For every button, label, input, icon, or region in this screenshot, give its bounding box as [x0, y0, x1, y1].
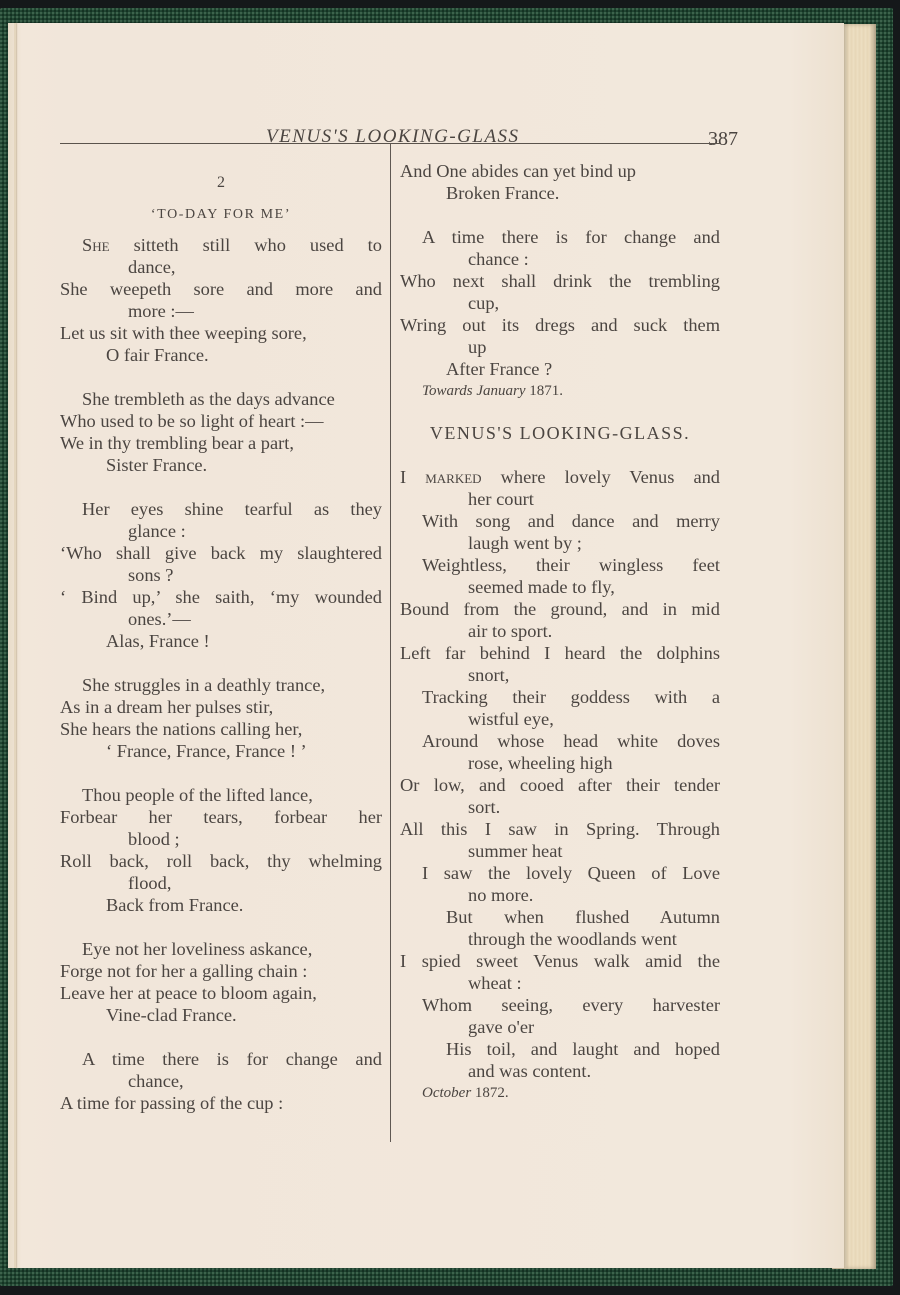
stanza-break: [60, 366, 382, 388]
verse-line: Around whose head white doves: [400, 730, 720, 752]
verse-line: Alas, France !: [60, 630, 382, 652]
verse-line: chance,: [60, 1070, 382, 1092]
poem-date-1872: October 1872.: [400, 1082, 720, 1106]
book-page: VENUS'S LOOKING-GLASS 387 2 ‘TO-DAY FOR …: [8, 23, 844, 1268]
stanza-break: [60, 916, 382, 938]
verse-line: ones.’—: [60, 608, 382, 630]
verse-text: Wring out its dregs and suck them: [400, 315, 720, 335]
verse-text: Leave her at peace to bloom again,: [60, 983, 317, 1003]
verse-text: Tracking their goddess with a: [422, 687, 720, 707]
verse-text: Broken France.: [446, 183, 559, 203]
verse-line: A time there is for change and: [60, 1048, 382, 1070]
verse-line: ‘ France, France, France ! ’: [60, 740, 382, 762]
verse-text: I saw the lovely Queen of Love: [422, 863, 720, 883]
date-year: 1871.: [526, 383, 564, 399]
verse-line: sort.: [400, 796, 720, 818]
gutter-fold: [14, 23, 16, 1268]
verse-text: Around whose head white doves: [422, 731, 720, 751]
verse-line: A time there is for change and: [400, 226, 720, 248]
verse-text: Forge not for her a galling chain :: [60, 961, 307, 981]
verse-text: ‘ France, France, France ! ’: [106, 741, 307, 761]
verse-line: Forbear her tears, forbear her: [60, 806, 382, 828]
verse-line: laugh went by ;: [400, 532, 720, 554]
verse-text: She struggles in a deathly trance,: [82, 675, 325, 695]
page-number: 387: [708, 128, 738, 151]
verse-text: blood ;: [128, 829, 180, 849]
verse-line: cup,: [400, 292, 720, 314]
date-year: 1872.: [471, 1085, 509, 1101]
verse-line: I spied sweet Venus walk amid the: [400, 950, 720, 972]
verse-line: O fair France.: [60, 344, 382, 366]
verse-text: O fair France.: [106, 345, 209, 365]
poem-title-to-day-for-me: ‘TO-DAY FOR ME’: [60, 204, 382, 226]
verse-line: I marked where lovely Venus and: [400, 466, 720, 488]
verse-line: With song and dance and merry: [400, 510, 720, 532]
verse-text: I spied sweet Venus walk amid the: [400, 951, 720, 971]
verse-line: Leave her at peace to bloom again,: [60, 982, 382, 1004]
verse-text: and was content.: [468, 1061, 591, 1081]
verse-line: Tracking their goddess with a: [400, 686, 720, 708]
verse-text: But when flushed Autumn: [446, 907, 720, 927]
stanza: And One abides can yet bind upBroken Fra…: [400, 160, 720, 204]
verse-text: A time there is for change and: [422, 227, 720, 247]
verse-text: through the woodlands went: [468, 929, 677, 949]
verse-text: With song and dance and merry: [422, 511, 720, 531]
verse-line: She struggles in a deathly trance,: [60, 674, 382, 696]
verse-text: sons ?: [128, 565, 173, 585]
left-column: 2 ‘TO-DAY FOR ME’ She sitteth still who …: [60, 172, 382, 1114]
poem-venus-looking-glass: I marked where lovely Venus andher court…: [400, 466, 720, 1082]
verse-text: wistful eye,: [468, 709, 554, 729]
verse-line: flood,: [60, 872, 382, 894]
poem-continuation: And One abides can yet bind upBroken Fra…: [400, 160, 720, 380]
verse-text: laugh went by ;: [468, 533, 582, 553]
verse-text: sort.: [468, 797, 500, 817]
verse-text: As in a dream her pulses stir,: [60, 697, 273, 717]
stanza-break: [60, 652, 382, 674]
verse-line: Roll back, roll back, thy whelming: [60, 850, 382, 872]
verse-text: rose, wheeling high: [468, 753, 613, 773]
verse-text: Back from France.: [106, 895, 243, 915]
stanza: A time there is for change andchance,A t…: [60, 1048, 382, 1114]
verse-line: All this I saw in Spring. Through: [400, 818, 720, 840]
stanza: She trembleth as the days advanceWho use…: [60, 388, 382, 476]
verse-line: no more.: [400, 884, 720, 906]
verse-text: Alas, France !: [106, 631, 210, 651]
verse-text: She hears the nations calling her,: [60, 719, 302, 739]
section-number: 2: [60, 172, 382, 194]
verse-line: through the woodlands went: [400, 928, 720, 950]
verse-text: dance,: [128, 257, 175, 277]
verse-line: And One abides can yet bind up: [400, 160, 720, 182]
poem-stanzas: She sitteth still who used todance,She w…: [60, 234, 382, 1114]
verse-text: Let us sit with thee weeping sore,: [60, 323, 307, 343]
verse-text: sitteth still who used to: [110, 235, 382, 255]
verse-line: up: [400, 336, 720, 358]
verse-line: She trembleth as the days advance: [60, 388, 382, 410]
verse-line: Whom seeing, every harvester: [400, 994, 720, 1016]
verse-line: But when flushed Autumn: [400, 906, 720, 928]
verse-text: All this I saw in Spring. Through: [400, 819, 720, 839]
drop-lead-word: She: [82, 235, 110, 255]
verse-line: Eye not her loveliness askance,: [60, 938, 382, 960]
stanza-break: [60, 1026, 382, 1048]
verse-line: Thou people of the lifted lance,: [60, 784, 382, 806]
verse-text: no more.: [468, 885, 533, 905]
verse-line: Wring out its dregs and suck them: [400, 314, 720, 336]
stanza-break: [60, 762, 382, 784]
verse-line: and was content.: [400, 1060, 720, 1082]
verse-line: We in thy trembling bear a part,: [60, 432, 382, 454]
verse-text: chance,: [128, 1071, 184, 1091]
verse-line: She sitteth still who used to: [60, 234, 382, 256]
verse-line: She weepeth sore and more and: [60, 278, 382, 300]
verse-text: Forbear her tears, forbear her: [60, 807, 382, 827]
verse-line: air to sport.: [400, 620, 720, 642]
verse-text: Who next shall drink the trembling: [400, 271, 720, 291]
verse-text: ones.’—: [128, 609, 191, 629]
verse-text: His toil, and laught and hoped: [446, 1039, 720, 1059]
verse-text: her court: [468, 489, 534, 509]
verse-line: rose, wheeling high: [400, 752, 720, 774]
verse-text: seemed made to fly,: [468, 577, 615, 597]
verse-text: wheat :: [468, 973, 522, 993]
verse-text: Roll back, roll back, thy whelming: [60, 851, 382, 871]
verse-line: She hears the nations calling her,: [60, 718, 382, 740]
verse-line: After France ?: [400, 358, 720, 380]
verse-line: Sister France.: [60, 454, 382, 476]
stanza: She sitteth still who used todance,She w…: [60, 234, 382, 366]
verse-line: Left far behind I heard the dolphins: [400, 642, 720, 664]
column-divider: [390, 144, 391, 1142]
poem-date-1871: Towards January 1871.: [400, 380, 720, 404]
verse-text: where lovely Venus and: [482, 467, 720, 487]
verse-text: We in thy trembling bear a part,: [60, 433, 294, 453]
verse-line: As in a dream her pulses stir,: [60, 696, 382, 718]
verse-line: summer heat: [400, 840, 720, 862]
verse-line: I saw the lovely Queen of Love: [400, 862, 720, 884]
stanza: A time there is for change andchance :Wh…: [400, 226, 720, 380]
verse-text: Her eyes shine tearful as they: [82, 499, 382, 519]
verse-line: gave o'er: [400, 1016, 720, 1038]
stanza: Her eyes shine tearful as theyglance :‘W…: [60, 498, 382, 652]
verse-line: Who used to be so light of heart :—: [60, 410, 382, 432]
verse-text: summer heat: [468, 841, 562, 861]
verse-text: After France ?: [446, 359, 552, 379]
verse-line: her court: [400, 488, 720, 510]
verse-line: Back from France.: [60, 894, 382, 916]
stanza-break: [400, 204, 720, 226]
verse-line: ‘ Bind up,’ she saith, ‘my wounded: [60, 586, 382, 608]
stanza: Thou people of the lifted lance,Forbear …: [60, 784, 382, 916]
verse-text: up: [468, 337, 486, 357]
verse-text: A time there is for change and: [82, 1049, 382, 1069]
verse-text: Bound from the ground, and in mid: [400, 599, 720, 619]
verse-text: Sister France.: [106, 455, 207, 475]
verse-text: air to sport.: [468, 621, 552, 641]
date-month: Towards January: [422, 383, 526, 399]
verse-line: seemed made to fly,: [400, 576, 720, 598]
verse-text: A time for passing of the cup :: [60, 1093, 283, 1113]
running-title: VENUS'S LOOKING-GLASS: [266, 126, 520, 148]
date-month: October: [422, 1085, 471, 1101]
verse-line: glance :: [60, 520, 382, 542]
verse-text: Or low, and cooed after their tender: [400, 775, 720, 795]
verse-text: Weightless, their wingless feet: [422, 555, 720, 575]
verse-line: blood ;: [60, 828, 382, 850]
verse-line: ‘Who shall give back my slaughtered: [60, 542, 382, 564]
verse-line: Bound from the ground, and in mid: [400, 598, 720, 620]
verse-text: flood,: [128, 873, 171, 893]
verse-text: Whom seeing, every harvester: [422, 995, 720, 1015]
verse-line: more :—: [60, 300, 382, 322]
stanza: She struggles in a deathly trance,As in …: [60, 674, 382, 762]
verse-line: Forge not for her a galling chain :: [60, 960, 382, 982]
verse-line: chance :: [400, 248, 720, 270]
verse-line: sons ?: [60, 564, 382, 586]
verse-text: cup,: [468, 293, 499, 313]
poem-title-venus-looking-glass: VENUS'S LOOKING-GLASS.: [400, 422, 720, 444]
verse-text: ‘Who shall give back my slaughtered: [60, 543, 382, 563]
stanza-break: [60, 476, 382, 498]
verse-text: Vine-clad France.: [106, 1005, 237, 1025]
verse-text: Eye not her loveliness askance,: [82, 939, 312, 959]
verse-line: Weightless, their wingless feet: [400, 554, 720, 576]
verse-line: Let us sit with thee weeping sore,: [60, 322, 382, 344]
stanza: Eye not her loveliness askance,Forge not…: [60, 938, 382, 1026]
verse-line: wheat :: [400, 972, 720, 994]
verse-line: A time for passing of the cup :: [60, 1092, 382, 1114]
verse-text: And One abides can yet bind up: [400, 161, 636, 181]
verse-text: She trembleth as the days advance: [82, 389, 335, 409]
verse-line: Who next shall drink the trembling: [400, 270, 720, 292]
verse-text: more :—: [128, 301, 194, 321]
verse-line: wistful eye,: [400, 708, 720, 730]
verse-line: dance,: [60, 256, 382, 278]
verse-text: Left far behind I heard the dolphins: [400, 643, 720, 663]
verse-line: Broken France.: [400, 182, 720, 204]
verse-line: His toil, and laught and hoped: [400, 1038, 720, 1060]
verse-line: snort,: [400, 664, 720, 686]
verse-text: chance :: [468, 249, 529, 269]
verse-line: Vine-clad France.: [60, 1004, 382, 1026]
verse-text: Who used to be so light of heart :—: [60, 411, 324, 431]
verse-text: ‘ Bind up,’ she saith, ‘my wounded: [60, 587, 382, 607]
verse-line: Or low, and cooed after their tender: [400, 774, 720, 796]
verse-text: glance :: [128, 521, 186, 541]
verse-text: She weepeth sore and more and: [60, 279, 382, 299]
right-column: And One abides can yet bind upBroken Fra…: [400, 160, 720, 1106]
verse-text: gave o'er: [468, 1017, 534, 1037]
verse-line: Her eyes shine tearful as they: [60, 498, 382, 520]
drop-lead-word: I marked: [400, 467, 482, 487]
verse-text: snort,: [468, 665, 509, 685]
verse-text: Thou people of the lifted lance,: [82, 785, 313, 805]
